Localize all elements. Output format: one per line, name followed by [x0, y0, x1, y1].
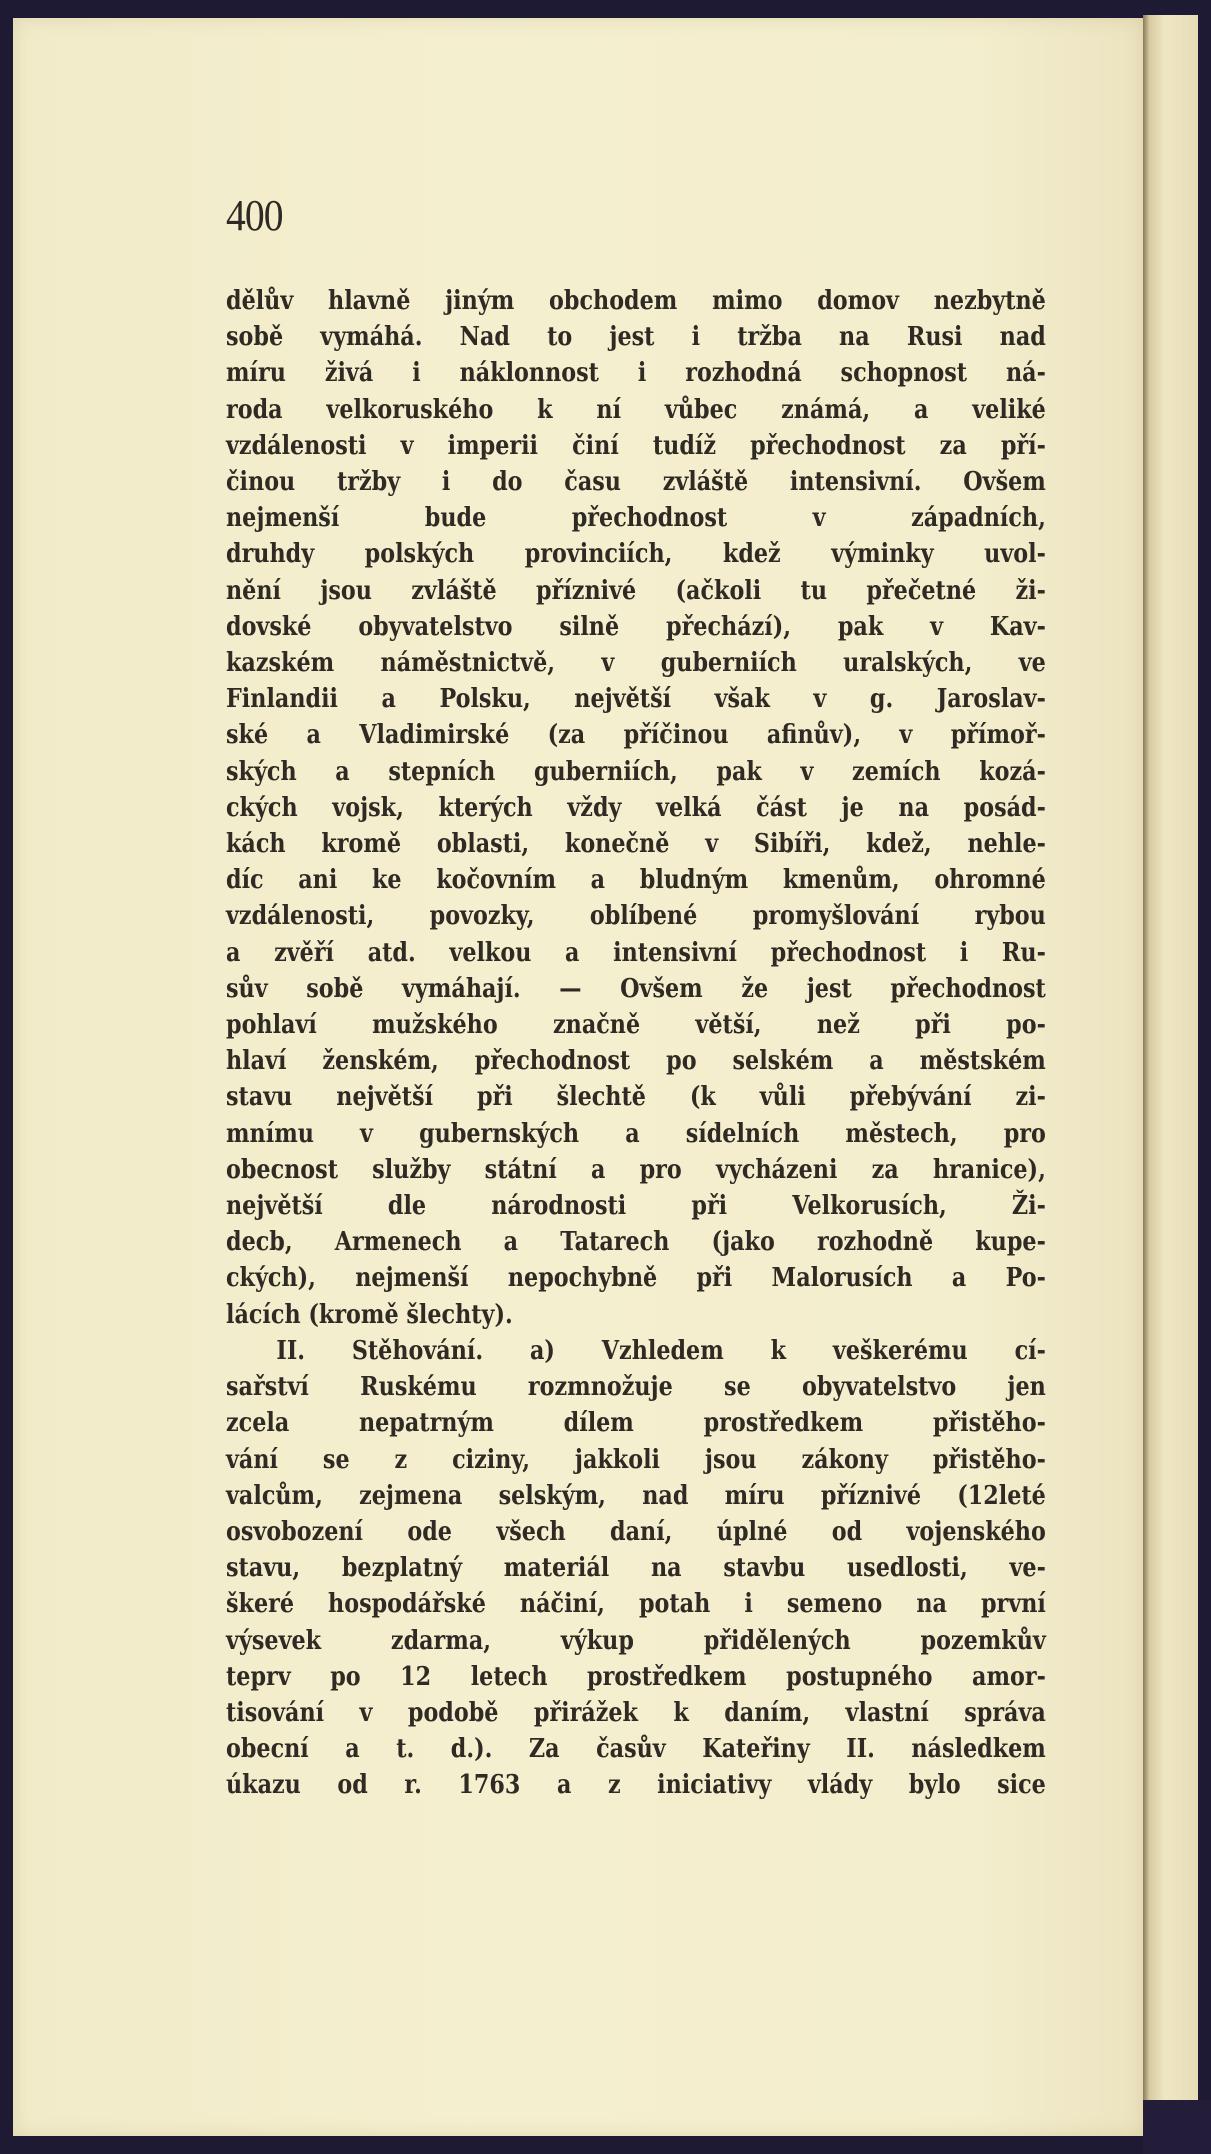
- page-number: 400: [226, 190, 283, 241]
- text-line: valcům, zejmena selským, nad míru přízni…: [226, 1478, 1046, 1514]
- text-line: sův sobě vymáhají. — Ovšem že jest přech…: [226, 971, 1046, 1007]
- text-line: Finlandii a Polsku, největší však v g. J…: [226, 681, 1046, 717]
- text-line: ské a Vladimirské (za příčinou afinův), …: [226, 717, 1046, 753]
- text-line: zcela nepatrným dílem prostředkem přistě…: [226, 1405, 1046, 1441]
- text-line: tisování v podobě přirážek k daním, vlas…: [226, 1695, 1046, 1731]
- text-line: obecnost služby státní a pro vycházeni z…: [226, 1152, 1046, 1188]
- text-line: decb, Armenech a Tatarech (jako rozhodně…: [226, 1224, 1046, 1260]
- text-line: mnímu v gubernských a sídelních městech,…: [226, 1116, 1046, 1152]
- text-line: nění jsou zvláště příznivé (ačkoli tu př…: [226, 573, 1046, 609]
- text-line: II. Stěhování. a) Vzhledem k veškerému c…: [226, 1333, 1046, 1369]
- text-line: úkazu od r. 1763 a z iniciativy vlády by…: [226, 1767, 1046, 1803]
- text-line: osvobození ode všech daní, úplné od voje…: [226, 1514, 1046, 1550]
- text-line: vání se z ciziny, jakkoli jsou zákony př…: [226, 1442, 1046, 1478]
- text-line: sařství Ruskému rozmnožuje se obyvatelst…: [226, 1369, 1046, 1405]
- text-line: dělův hlavně jiným obchodem mimo domov n…: [226, 283, 1046, 319]
- text-line: druhdy polských provinciích, kdež výmink…: [226, 536, 1046, 572]
- text-line: činou tržby i do času zvláště intensivní…: [226, 464, 1046, 500]
- text-line: nejmenší bude přechodnost v západních,: [226, 500, 1046, 536]
- text-line: výsevek zdarma, výkup přidělených pozemk…: [226, 1623, 1046, 1659]
- text-line: stavu největší při šlechtě (k vůli přebý…: [226, 1079, 1046, 1115]
- text-line: a zvěří atd. velkou a intensivní přechod…: [226, 935, 1046, 971]
- text-line: roda velkoruského k ní vůbec známá, a ve…: [226, 392, 1046, 428]
- text-line: škeré hospodářské náčiní, potah i semeno…: [226, 1586, 1046, 1622]
- text-line: ckých), nejmenší nepochybně při Malorusí…: [226, 1260, 1046, 1296]
- text-line: lácích (kromě šlechty).: [226, 1297, 1046, 1333]
- text-line: obecní a t. d.). Za časův Kateřiny II. n…: [226, 1731, 1046, 1767]
- text-line: ských a stepních guberniích, pak v zemíc…: [226, 754, 1046, 790]
- text-line: stavu, bezplatný materiál na stavbu used…: [226, 1550, 1046, 1586]
- page-edge: [1143, 15, 1198, 2154]
- text-line: sobě vymáhá. Nad to jest i tržba na Rusi…: [226, 319, 1046, 355]
- text-line: kách kromě oblasti, konečně v Sibíři, kd…: [226, 826, 1046, 862]
- text-line: vzdálenosti v imperii činí tudíž přechod…: [226, 428, 1046, 464]
- text-line: teprv po 12 letech prostředkem postupnéh…: [226, 1659, 1046, 1695]
- text-line: dovské obyvatelstvo silně přechází), pak…: [226, 609, 1046, 645]
- scanner-background: [1143, 2100, 1211, 2154]
- body-text: dělův hlavně jiným obchodem mimo domov n…: [226, 283, 1046, 1804]
- text-line: pohlaví mužského značně větší, než při p…: [226, 1007, 1046, 1043]
- text-line: míru živá i náklonnost i rozhodná schopn…: [226, 355, 1046, 391]
- text-line: největší dle národnosti při Velkorusích,…: [226, 1188, 1046, 1224]
- text-line: díc ani ke kočovním a bludným kmenům, oh…: [226, 862, 1046, 898]
- text-line: hlaví ženském, přechodnost po selském a …: [226, 1043, 1046, 1079]
- text-line: vzdálenosti, povozky, oblíbené promyšlov…: [226, 898, 1046, 934]
- text-line: ckých vojsk, kterých vždy velká část je …: [226, 790, 1046, 826]
- text-line: kazském náměstnictvě, v guberniích urals…: [226, 645, 1046, 681]
